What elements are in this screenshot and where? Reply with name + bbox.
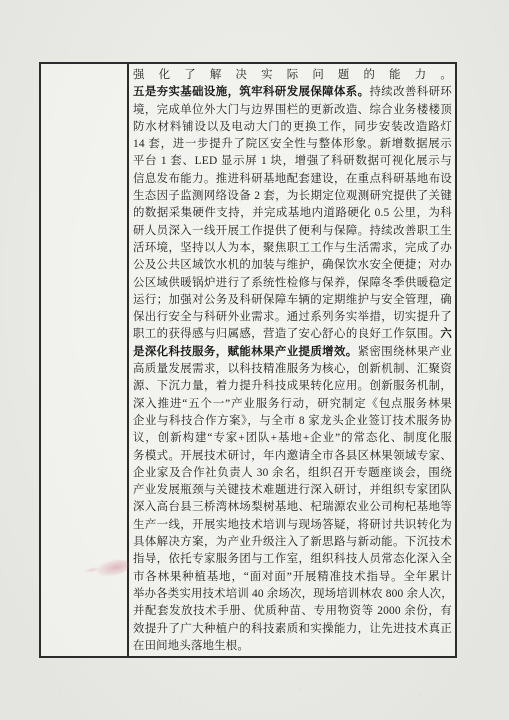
text-line: 14 套，进一步提升了院区安全性与整体形象。新增数据展示 [133,136,452,153]
text-line: 在田间地头落地生根。 [133,638,452,655]
text-line: 保出行安全与科研外业需求。通过系列务实举措，切实提升了 [133,309,452,326]
text-line: 深入高台县三桥湾林场梨树基地、杞瑞源农业公司枸杞基地等 [133,499,452,516]
text-line: 高质量发展需求，以科技精准服务为核心，创新机制、汇聚资 [133,361,452,378]
body-text-segment: 公区域供暖锅炉进行了系统性检修与保养，保障冬季供暖稳定 [133,277,452,289]
document-page: 强化了解决实际问题的能力。五是夯实基础设施，筑牢科研发展保障体系。持续改善科研环… [0,0,509,720]
body-text-segment: 产业发展瓶颈与关键技术难题进行深入研讨，并组织专家团队 [133,484,452,496]
text-line: 公区域供暖锅炉进行了系统性检修与保养，保障冬季供暖稳定 [133,275,452,292]
bold-text-segment: 五是夯实基础设施，筑牢科研发展保障体系。 [133,86,369,98]
text-line: 举办各类实用技术培训 40 余场次，现场培训林农 800 余人次， [133,586,452,603]
text-line: 市各林果种植基地，“面对面”开展精准技术指导。全年累计 [133,569,452,586]
text-line: 活环境，坚持以人为本，聚焦职工工作与生活需求，完成了办 [133,240,452,257]
body-text-segment: 在田间地头落地生根。 [133,640,249,652]
body-text-segment: 举办各类实用技术培训 40 余场次，现场培训林农 800 余人次， [133,588,453,600]
body-text-segment: 企业与科技合作方案》，与全市 8 家龙头企业签订技术服务协 [133,415,452,427]
table-label-cell [41,64,129,656]
body-text-segment: 具体解决方案，为产业升级注入了新思路与新动能。下沉技术 [133,536,452,548]
table-content-cell: 强化了解决实际问题的能力。五是夯实基础设施，筑牢科研发展保障体系。持续改善科研环… [129,64,455,656]
body-text-segment: 平台 1 套、LED 显示屏 1 块，增强了科研数据可视化展示与 [133,155,452,167]
text-line: 信息发布能力。推进科研基地配套建设，在重点科研基地布设 [133,171,452,188]
body-text-segment: 深入推进“五个一”产业服务行动，研究制定《包点服务林果 [133,398,452,410]
body-text-segment: 持续改善科研环 [369,86,452,98]
text-line: 强化了解决实际问题的能力。 [133,67,452,84]
body-text-segment: 研人员深入一线开展工作提供了便利与保障。持续改善职工生 [133,225,452,237]
scan-noise [0,0,1,1]
text-line: 是深化科技服务，赋能林果产业提质增效。紧密围绕林果产业 [133,344,452,361]
text-line: 的数据采集硬件支持，并完成基地内道路硬化 0.5 公里，为科 [133,205,452,222]
text-line: 指导，依托专家服务团与工作室，组织科技人员常态化深入全 [133,551,452,568]
text-line: 务模式。开展技术研讨，年内邀请全市各县区林果领域专家、 [133,448,452,465]
text-line: 源、下沉力量，着力提升科技成果转化应用。创新服务机制， [133,378,452,395]
body-text-segment: 活环境，坚持以人为本，聚焦职工工作与生活需求，完成了办 [133,242,452,254]
text-line: 生产一线，开展实地技术培训与现场答疑，将研讨共识转化为 [133,517,452,534]
body-text-segment: 境，完成单位外大门与边界围栏的更新改造、综合业务楼楼顶 [133,104,452,116]
text-line: 运行；加强对公务及科研保障车辆的定期维护与安全管理，确 [133,292,452,309]
body-text-segment: 指导，依托专家服务团与工作室，组织科技人员常态化深入全 [133,553,452,565]
body-text-segment: 并配套发放技术手册、优质种苗、专用物资等 2000 余份，有 [133,605,452,617]
text-line: 境，完成单位外大门与边界围栏的更新改造、综合业务楼楼顶 [133,102,452,119]
text-line: 议，创新构建“专家+团队+基地+企业”的常态化、制度化服 [133,430,452,447]
body-text-segment: 效提升了广大种植户的科技素质和实操能力，让先进技术真正 [133,623,452,635]
body-text-segment: 14 套，进一步提升了院区安全性与整体形象。新增数据展示 [133,138,452,150]
text-line: 具体解决方案，为产业升级注入了新思路与新动能。下沉技术 [133,534,452,551]
body-text-segment: 紧密围绕林果产业 [358,346,452,358]
body-text-segment: 议，创新构建“专家+团队+基地+企业”的常态化、制度化服 [133,432,452,444]
text-line: 深入推进“五个一”产业服务行动，研究制定《包点服务林果 [133,396,452,413]
text-line: 产业发展瓶颈与关键技术难题进行深入研讨，并组织专家团队 [133,482,452,499]
body-text-segment: 运行；加强对公务及科研保障车辆的定期维护与安全管理，确 [133,294,452,306]
body-text-segment: 的数据采集硬件支持，并完成基地内道路硬化 0.5 公里，为科 [133,207,452,219]
body-text-segment: 信息发布能力。推进科研基地配套建设，在重点科研基地布设 [133,173,452,185]
text-line: 防水材料铺设以及电动大门的更换工作，同步安装改造路灯 [133,119,452,136]
text-line: 企业与科技合作方案》，与全市 8 家龙头企业签订技术服务协 [133,413,452,430]
body-text-segment: 高质量发展需求，以科技精准服务为核心，创新机制、汇聚资 [133,363,452,375]
body-text-segment: 源、下沉力量，着力提升科技成果转化应用。创新服务机制， [133,380,452,392]
text-line: 并配套发放技术手册、优质种苗、专用物资等 2000 余份，有 [133,603,452,620]
body-text-segment: 保出行安全与科研外业需求。通过系列务实举措，切实提升了 [133,311,452,323]
body-text-segment: 企业家及合作社负责人 30 余名，组织召开专题座谈会，围绕 [133,467,452,479]
text-line: 五是夯实基础设施，筑牢科研发展保障体系。持续改善科研环 [133,84,452,101]
bold-text-segment: 是深化科技服务，赋能林果产业提质增效。 [133,346,358,358]
text-line: 生态因子监测网络设备 2 套，为长期定位观测研究提供了关键 [133,188,452,205]
text-line: 公及公共区域饮水机的加装与维护，确保饮水安全便捷；对办 [133,257,452,274]
text-line: 职工的获得感与归属感，营造了安心舒心的良好工作氛围。六 [133,326,452,343]
body-text-segment: 强化了解决实际问题的能力。 [133,69,452,81]
text-line: 研人员深入一线开展工作提供了便利与保障。持续改善职工生 [133,223,452,240]
text-line: 效提升了广大种植户的科技素质和实操能力，让先进技术真正 [133,621,452,638]
text-line: 平台 1 套、LED 显示屏 1 块，增强了科研数据可视化展示与 [133,153,452,170]
body-text-segment: 公及公共区域饮水机的加装与维护，确保饮水安全便捷；对办 [133,259,452,271]
body-text-segment: 生态因子监测网络设备 2 套，为长期定位观测研究提供了关键 [133,190,452,202]
body-text-segment: 职工的获得感与归属感，营造了安心舒心的良好工作氛围。 [133,328,440,340]
bold-text-segment: 六 [440,328,452,340]
body-text-segment: 防水材料铺设以及电动大门的更换工作，同步安装改造路灯 [133,121,452,133]
body-text-segment: 深入高台县三桥湾林场梨树基地、杞瑞源农业公司枸杞基地等 [133,501,452,513]
text-line: 企业家及合作社负责人 30 余名，组织召开专题座谈会，围绕 [133,465,452,482]
report-table: 强化了解决实际问题的能力。五是夯实基础设施，筑牢科研发展保障体系。持续改善科研环… [39,62,457,658]
body-text-segment: 市各林果种植基地，“面对面”开展精准技术指导。全年累计 [133,571,452,583]
body-text-segment: 务模式。开展技术研讨，年内邀请全市各县区林果领域专家、 [133,450,452,462]
body-text-segment: 生产一线，开展实地技术培训与现场答疑，将研讨共识转化为 [133,519,452,531]
